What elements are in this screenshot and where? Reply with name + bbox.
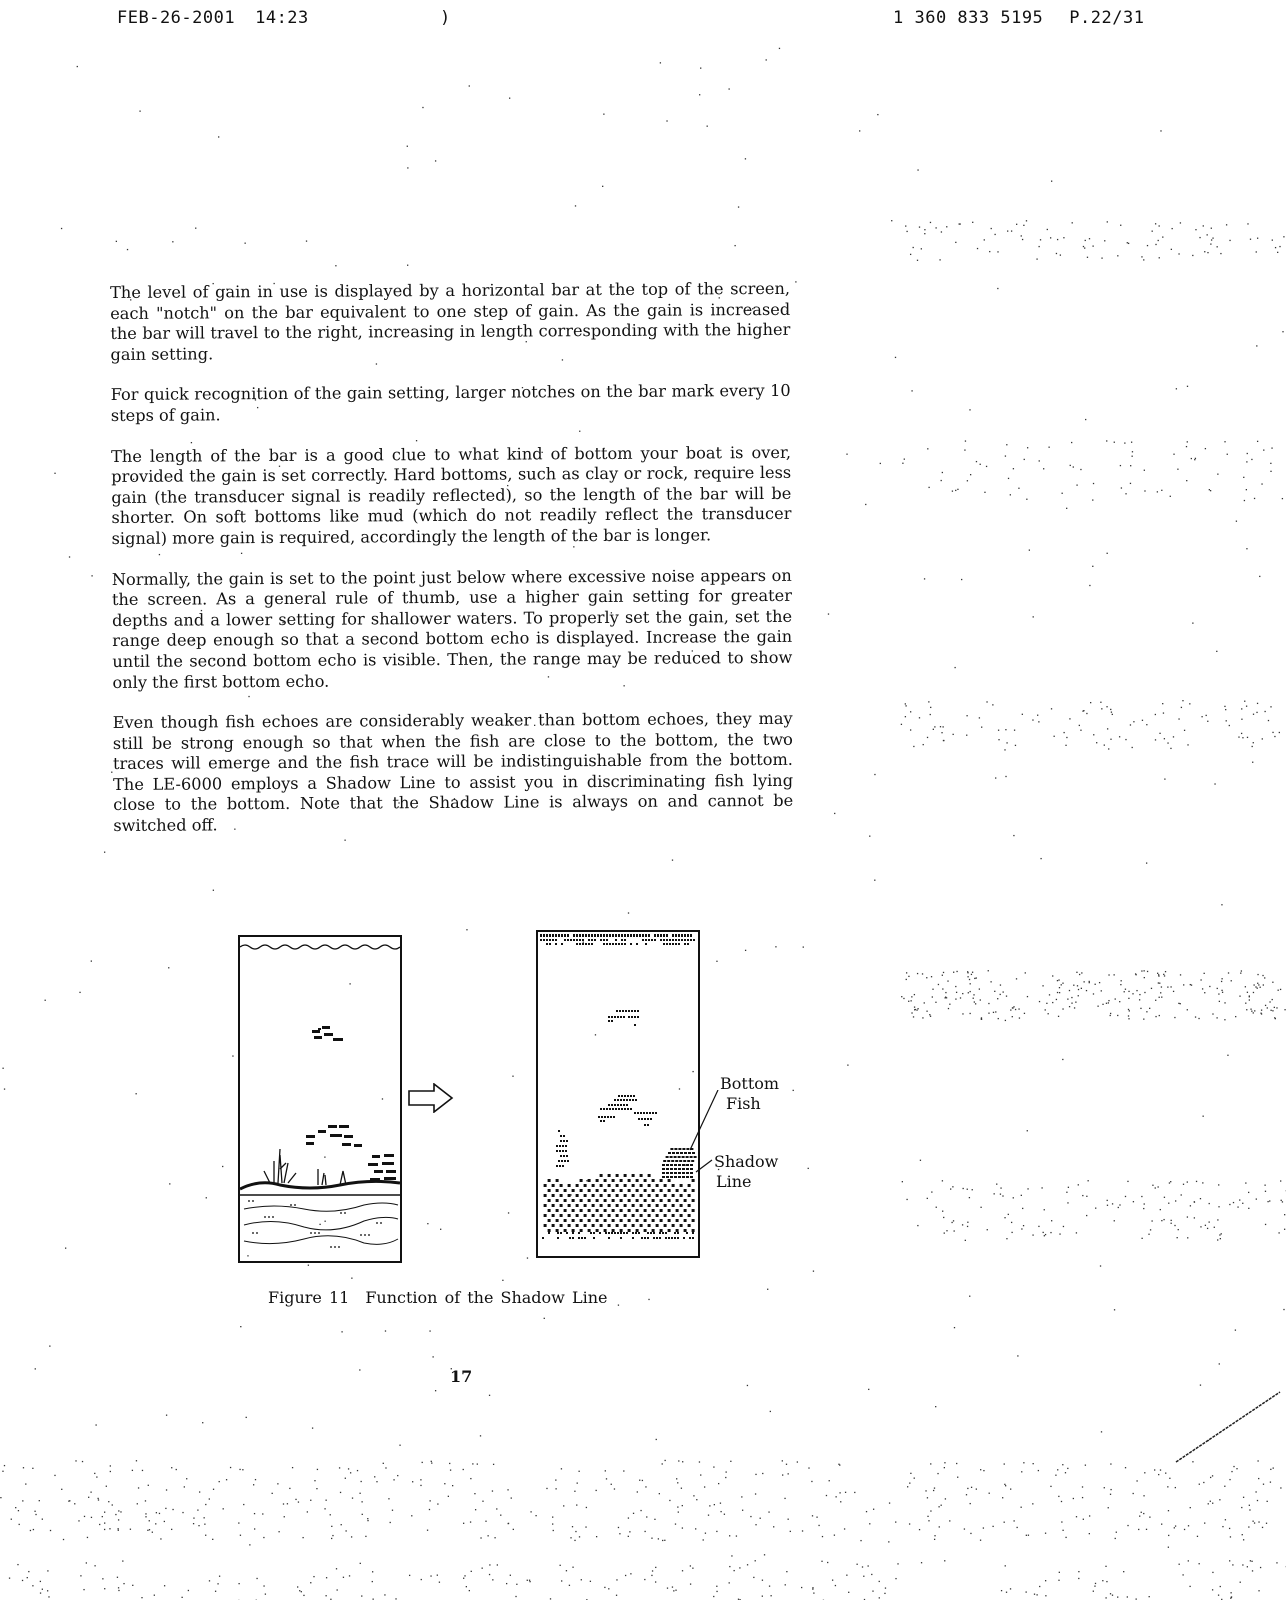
underwater-scene-panel [238, 935, 402, 1263]
callout-bottom-fish-line1: Bottom [720, 1074, 779, 1094]
fax-header-datetime: FEB-26-200114:23 [117, 8, 329, 28]
figure-caption: Figure 11Function of the Shadow Line [268, 1288, 607, 1307]
scan-scratch-line [1176, 1392, 1280, 1462]
fish-echo-column [556, 1130, 569, 1167]
callout-bottom-fish: Bottom Fish [720, 1074, 779, 1114]
fax-phone-number: 1 360 833 5195 [893, 8, 1043, 28]
paragraph-shadow-line: Even though fish echoes are considerably… [113, 709, 794, 837]
fish-school-upper-icon [312, 1026, 343, 1041]
fish-near-bottom-icon [368, 1154, 396, 1181]
fax-mark: ) [440, 8, 451, 28]
callout-shadow-line: Shadow Line [714, 1152, 778, 1192]
fax-header-transmission: 1 360 833 5195P.22/31 [893, 8, 1144, 28]
underwater-scene-illustration [240, 937, 400, 1261]
paragraph-bar-length: The length of the bar is a good clue to … [111, 442, 792, 549]
water-surface-wave-icon [240, 945, 400, 949]
paragraph-notches: For quick recognition of the gain settin… [111, 381, 791, 426]
callout-shadow-line-line2: Line [716, 1172, 778, 1192]
fish-echo-upper [608, 1010, 639, 1026]
echo-display-panel [536, 930, 700, 1258]
fax-date: FEB-26-2001 [117, 8, 235, 28]
paragraph-gain-setting: Normally, the gain is set to the point j… [112, 565, 793, 693]
shadow-line-bottom [542, 1174, 695, 1239]
gain-bar [540, 934, 695, 945]
page-number: 17 [450, 1367, 472, 1386]
figure-title: Function of the Shadow Line [365, 1288, 607, 1307]
callout-bottom-fish-line2: Fish [726, 1094, 779, 1114]
echo-sounder-display [538, 932, 698, 1256]
fish-echo-lower [598, 1095, 657, 1126]
fax-page-count: P.22/31 [1069, 8, 1144, 28]
figure-number: Figure 11 [268, 1288, 349, 1307]
seabed-icon [240, 1181, 400, 1247]
seaweed-icon [264, 1149, 346, 1185]
body-text: The level of gain in use is displayed by… [110, 279, 793, 857]
paragraph-gain-bar: The level of gain in use is displayed by… [110, 279, 790, 366]
fish-school-lower-icon [306, 1125, 362, 1147]
fax-time: 14:23 [255, 8, 309, 28]
right-arrow-icon [408, 1083, 454, 1113]
callout-shadow-line-line1: Shadow [714, 1152, 778, 1172]
